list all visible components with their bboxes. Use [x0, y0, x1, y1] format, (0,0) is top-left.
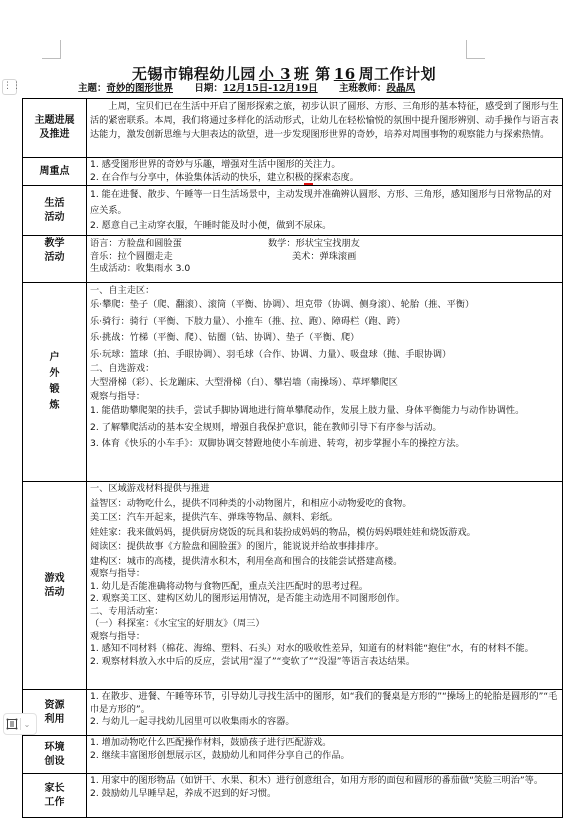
paragraph: 1. 用家中的图形物品（如饼干、水果、积木）进行创意组合，如用方形的面包和圆形的…: [90, 775, 559, 788]
teaching-line: 音乐：拉个圆圈走走美术：弹珠滚画: [90, 250, 559, 263]
paragraph: 乐·骑行：骑行（平衡、下肢力量）、小推车（推、拉、跑）、障碍栏（跑、跨）: [90, 315, 559, 329]
row-label: 主题进展及推进: [23, 99, 87, 158]
paragraph: 2. 鼓励幼儿早睡早起，养成不迟到的好习惯。: [90, 788, 559, 801]
row-label: 周重点: [23, 158, 87, 186]
table-row-parents: 家长工作 1. 用家中的图形物品（如饼干、水果、积木）进行创意组合，如用方形的面…: [23, 774, 563, 818]
table-row-environment: 环境创设 1. 增加动物吃什么匹配操作材料，鼓励孩子进行匹配游戏。 2. 继续丰…: [23, 736, 563, 774]
row-content[interactable]: 1. 增加动物吃什么匹配操作材料，鼓励孩子进行匹配游戏。 2. 继续丰富图形创想…: [87, 736, 563, 774]
row-content[interactable]: 上周，宝贝们已在生活中开启了图形探索之旅，初步认识了圆形、方形、三角形的基本特征…: [87, 99, 563, 158]
teacher-value: 段晶凤: [387, 80, 416, 94]
row-content[interactable]: 1. 用家中的图形物品（如饼干、水果、积木）进行创意组合，如用方形的面包和圆形的…: [87, 774, 563, 818]
date-label: 日期：: [194, 80, 223, 94]
plan-meta: 主题：奇妙的图形世界 日期：12月15日-12月19日 主班教师：段晶凤: [78, 80, 498, 94]
language-activity: 语言：方脸盘和圆脸蛋: [90, 237, 268, 250]
paragraph: 观察与指导：: [90, 631, 559, 644]
table-row-outdoor: 户 外 锻 炼 一、自主走区： 乐·攀爬：垫子（爬、翻滚）、滚筒（平衡、协调）、…: [23, 283, 563, 482]
paragraph: 1. 感受图形世界的奇妙与乐趣，增强对生活中图形的关注力。: [90, 159, 559, 172]
theme-value: 奇妙的图形世界: [107, 80, 174, 94]
paragraph: 3. 体育《快乐的小车手》：双脚协调交替蹬地使小车前进、转弯，初步掌握小车的操控…: [90, 437, 559, 451]
paragraph: 二、专用活动室：: [90, 606, 559, 619]
date-value: 12月15日-12月19日: [223, 80, 318, 94]
teaching-line: 语言：方脸盘和圆脸蛋数学：形状宝宝找朋友: [90, 237, 559, 250]
table-row-games: 游戏活动 一、区域游戏材料提供与推进 益智区：动物吃什么，提供不同种类的小动物图…: [23, 482, 563, 690]
row-content[interactable]: 语言：方脸盘和圆脸蛋数学：形状宝宝找朋友 音乐：拉个圆圈走走美术：弹珠滚画 生成…: [87, 236, 563, 283]
table-row-theme-progress: 主题进展及推进 上周，宝贝们已在生活中开启了图形探索之旅，初步认识了圆形、方形、…: [23, 99, 563, 158]
row-label: 环境创设: [23, 736, 87, 774]
chevron-down-icon[interactable]: ⌄: [21, 720, 33, 729]
page-corner-mark-left: [42, 40, 61, 59]
paragraph: 一、区域游戏材料提供与推进: [90, 483, 559, 496]
art-activity: 美术：弹珠滚画: [268, 250, 356, 263]
paragraph: 一、自主走区：: [90, 284, 559, 298]
row-content[interactable]: 1. 在散步、进餐、午睡等环节，引导幼儿寻找生活中的图形，如“我们的餐桌是方形的…: [87, 690, 563, 736]
row-content[interactable]: 1. 能在进餐、散步、午睡等一日生活场景中，主动发现并准确辨认圆形、方形、三角形…: [87, 186, 563, 236]
paragraph: 乐·玩球：篮球（拍、手眼协调）、羽毛球（合作、协调、力量）、吸盘球（抛、手眼协调…: [90, 348, 559, 362]
block-menu-icon[interactable]: [4, 714, 20, 734]
table-row-weekly-focus: 周重点 1. 感受图形世界的奇妙与乐趣，增强对生活中图形的关注力。 2. 在合作…: [23, 158, 563, 186]
row-label: 生活活动: [23, 186, 87, 236]
block-menu-widget[interactable]: ⌄: [3, 713, 37, 735]
row-label: 游戏活动: [23, 482, 87, 690]
paragraph: 益智区：动物吃什么，提供不同种类的小动物图片，和相应小动物爱吃的食物。: [90, 498, 559, 511]
paragraph: 2. 在合作与分享中，体验集体活动的快乐，建立积极的探索态度。: [90, 172, 559, 185]
paragraph: 乐·挑战：竹梯（平衡、爬）、钻圈（钻、协调）、垫子（平衡、爬）: [90, 331, 559, 345]
row-label: 户 外 锻 炼: [23, 283, 87, 482]
paragraph: 1. 感知不同材料（棉花、海绵、塑料、石头）对水的吸收性差异，知道有的材料能“抱…: [90, 643, 559, 656]
paragraph: 2. 与幼儿一起寻找幼儿园里可以收集雨水的容器。: [90, 716, 559, 729]
row-content[interactable]: 1. 感受图形世界的奇妙与乐趣，增强对生活中图形的关注力。 2. 在合作与分享中…: [87, 158, 563, 186]
generated-activity: 生成活动：收集雨水 3.0: [90, 263, 559, 276]
paragraph: 2. 愿意自己主动穿衣服，午睡时能及时小便，做到不尿床。: [90, 218, 559, 234]
paragraph: 1. 能在进餐、散步、午睡等一日生活场景中，主动发现并准确辨认圆形、方形、三角形…: [90, 187, 559, 218]
row-content[interactable]: 一、自主走区： 乐·攀爬：垫子（爬、翻滚）、滚筒（平衡、协调）、坦克带（协调、侧…: [87, 283, 563, 482]
paragraph: 乐·攀爬：垫子（爬、翻滚）、滚筒（平衡、协调）、坦克带（协调、侧身滚）、轮胎（推…: [90, 298, 559, 312]
music-activity: 音乐：拉个圆圈走走: [90, 250, 268, 263]
paragraph: 娃娃家：我来做妈妈，提供厨房烧饭的玩具和装扮成妈妈的物品，模仿妈妈喂娃娃和烧饭游…: [90, 527, 559, 540]
paragraph: 二、自选游戏：: [90, 362, 559, 376]
paragraph: 建构区：城市的高楼，提供清水积木，利用垒高和围合的技能尝试搭建高楼。: [90, 556, 559, 569]
drag-handle-icon[interactable]: ⋮⋮: [2, 79, 17, 95]
paragraph: 2. 继续丰富图形创想展示区，鼓励幼儿和同伴分享自己的作品。: [90, 750, 559, 763]
paragraph: 1. 能借助攀爬架的扶手，尝试手脚协调地进行简单攀爬动作，发展上肢力量、身体平衡…: [90, 403, 559, 419]
row-label: 家长工作: [23, 774, 87, 818]
teacher-label: 主班教师：: [339, 80, 387, 94]
weekly-plan-table: 主题进展及推进 上周，宝贝们已在生活中开启了图形探索之旅，初步认识了圆形、方形、…: [22, 98, 563, 818]
table-row-teaching: 教学活动 语言：方脸盘和圆脸蛋数学：形状宝宝找朋友 音乐：拉个圆圈走走美术：弹珠…: [23, 236, 563, 283]
paragraph: 大型滑梯（彩）、长龙蹦床、大型滑梯（白）、攀岩墙（南操场）、草坪攀爬区: [90, 376, 559, 390]
math-activity: 数学：形状宝宝找朋友: [268, 237, 360, 250]
paragraph: （一）科探室：《水宝宝的好朋友》（周三）: [90, 618, 559, 631]
paragraph: 1. 在散步、进餐、午睡等环节，引导幼儿寻找生活中的图形，如“我们的餐桌是方形的…: [90, 691, 559, 716]
spellcheck-underline[interactable]: 的: [304, 172, 313, 185]
paragraph: 1. 幼儿是否能准确将动物与食物匹配，重点关注匹配时的思考过程。: [90, 581, 559, 594]
paragraph: 1. 增加动物吃什么匹配操作材料，鼓励孩子进行匹配游戏。: [90, 737, 559, 750]
paragraph: 观察与指导：: [90, 568, 559, 581]
paragraph: 2. 观察材料放入水中后的反应，尝试用“湿了”“变软了”“没湿”等语言表达结果。: [90, 656, 559, 669]
paragraph: 阅读区：提供故事《方脸盘和圆脸蛋》的图片，能说说并给故事排排序。: [90, 541, 559, 554]
table-row-daily-life: 生活活动 1. 能在进餐、散步、午睡等一日生活场景中，主动发现并准确辨认圆形、方…: [23, 186, 563, 236]
paragraph: 美工区：汽车开起来，提供汽车、弹珠等物品、颜料、彩纸。: [90, 512, 559, 525]
table-row-resources: 资源利用 1. 在散步、进餐、午睡等环节，引导幼儿寻找生活中的图形，如“我们的餐…: [23, 690, 563, 736]
paragraph: 观察与指导：: [90, 390, 559, 404]
paragraph: 上周，宝贝们已在生活中开启了图形探索之旅，初步认识了圆形、方形、三角形的基本特征…: [90, 100, 559, 142]
theme-label: 主题：: [78, 80, 107, 94]
row-content[interactable]: 一、区域游戏材料提供与推进 益智区：动物吃什么，提供不同种类的小动物图片，和相应…: [87, 482, 563, 690]
row-label: 教学活动: [23, 236, 87, 283]
paragraph: 2. 观察美工区、建构区幼儿的图形运用情况，是否能主动选用不同图形创作。: [90, 593, 559, 606]
page-corner-mark-right: [466, 40, 485, 59]
paragraph: 2. 了解攀爬活动的基本安全规则，增强自我保护意识，能在教师引导下有序参与活动。: [90, 421, 559, 435]
